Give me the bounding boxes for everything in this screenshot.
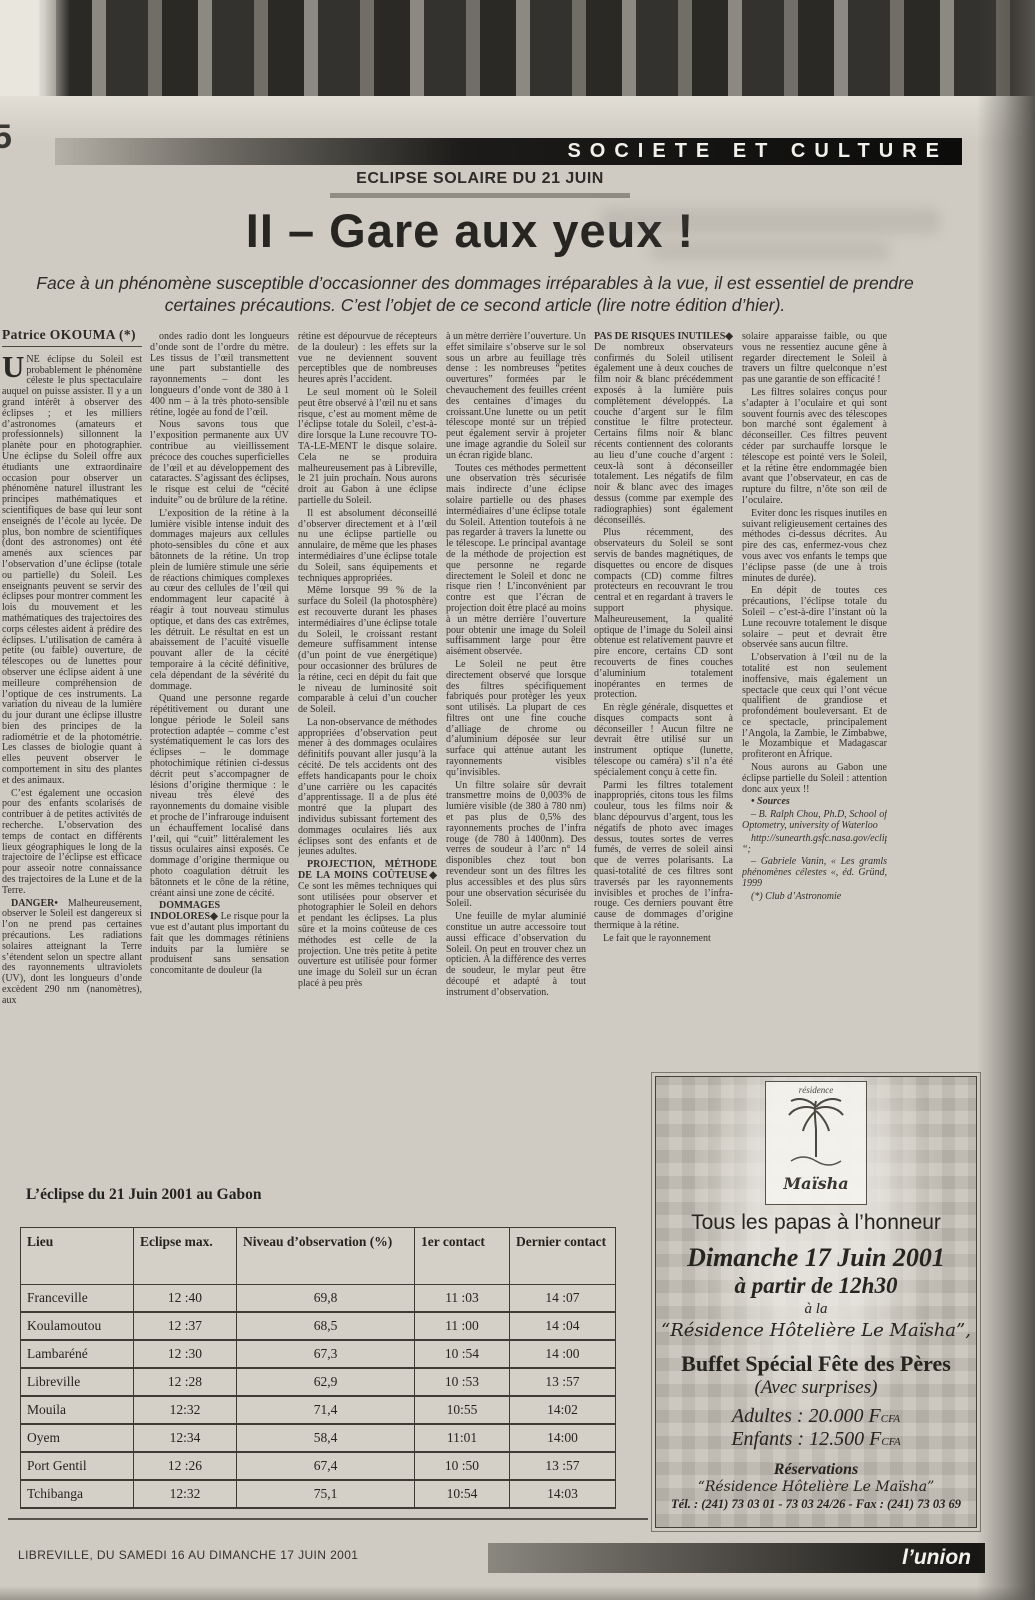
currency-unit: CFA bbox=[881, 1413, 900, 1425]
kicker: ECLIPSE SOLAIRE DU 21 JUIN bbox=[315, 170, 645, 188]
table-cell: Oyem bbox=[21, 1424, 134, 1452]
table-cell: 10:55 bbox=[415, 1396, 510, 1424]
article-paragraph: Plus récemment, des observateurs du Sole… bbox=[594, 528, 733, 701]
article-paragraph: solaire apparaisse faible, ou que vous n… bbox=[742, 332, 887, 386]
table-cell: 10 :53 bbox=[415, 1368, 510, 1396]
table-cell: 14:02 bbox=[510, 1396, 616, 1424]
table-row: Tchibanga12:3275,110:5414:03 bbox=[21, 1480, 616, 1508]
article-paragraph: Toutes ces méthodes permettent une obser… bbox=[446, 464, 586, 658]
article-paragraph: DANGER• Malheureusement, observer le Sol… bbox=[2, 899, 142, 1007]
table-cell: Tchibanga bbox=[21, 1480, 134, 1508]
article-paragraph: Une feuille de mylar aluminié constitue … bbox=[446, 912, 586, 998]
article-column-1: Patrice OKOUMA (*) UNE éclipse du Soleil… bbox=[2, 330, 142, 1142]
section-divider bbox=[8, 1518, 648, 1520]
article-paragraph: Le fait que le rayonnement bbox=[594, 934, 733, 945]
table-cell: Port Gentil bbox=[21, 1452, 134, 1480]
article-paragraph: Eviter donc les risques inutiles en suiv… bbox=[742, 509, 887, 585]
column-body: rétine est dépourvue de récepteurs de la… bbox=[298, 332, 437, 990]
article-paragraph: http://sunearth.gsfc.nasa.gov/eclipse/SE… bbox=[742, 834, 887, 856]
ad-venue-name: “Résidence Hôtelière Le Maïsha”, bbox=[656, 1320, 976, 1341]
table-cell: 11 :00 bbox=[415, 1312, 510, 1340]
table-cell: 11:01 bbox=[415, 1424, 510, 1452]
article-paragraph: L’exposition de la rétine à la lumière v… bbox=[150, 509, 289, 693]
column-body: solaire apparaisse faible, ou que vous n… bbox=[742, 332, 887, 903]
table-header-cell: Niveau d’observation (%) bbox=[237, 1228, 415, 1285]
article-column-4: à un mètre derrière l’ouverture. Un effe… bbox=[446, 332, 586, 1114]
table-cell: Mouila bbox=[21, 1396, 134, 1424]
article-paragraph: Il est absolument déconseillé d’observer… bbox=[298, 509, 437, 585]
table-cell: Libreville bbox=[21, 1368, 134, 1396]
article-column-2: ondes radio dont les longueurs d’onde so… bbox=[150, 332, 289, 1184]
table-cell: 12:32 bbox=[134, 1396, 237, 1424]
article-paragraph: – Gabriele Vanin, « Les gramls phénomène… bbox=[742, 857, 887, 889]
table-cell: 12 :26 bbox=[134, 1452, 237, 1480]
table-header-cell: 1er contact bbox=[415, 1228, 510, 1285]
ad-slogan: Tous les papas à l’honneur bbox=[656, 1211, 976, 1235]
newspaper-page: 5 SOCIETE ET CULTURE ECLIPSE SOLAIRE DU … bbox=[0, 0, 1035, 1600]
article-paragraph: C’est également une occasion pour des en… bbox=[2, 789, 142, 897]
article-paragraph: Les filtres solaires conçus pour s’adapt… bbox=[742, 388, 887, 507]
paper-top-edge bbox=[0, 96, 1035, 142]
table-cell: 12 :37 bbox=[134, 1312, 237, 1340]
article-paragraph: à un mètre derrière l’ouverture. Un effe… bbox=[446, 332, 586, 462]
table-row: Franceville12 :4069,811 :0314 :07 bbox=[21, 1285, 616, 1313]
table-cell: 12:34 bbox=[134, 1424, 237, 1452]
article-paragraph: UNE éclipse du Soleil est probablement l… bbox=[2, 355, 142, 787]
ad-at-label: à la bbox=[656, 1301, 976, 1318]
table-cell: 67,3 bbox=[237, 1340, 415, 1368]
table-cell: 12:32 bbox=[134, 1480, 237, 1508]
table-cell: 12 :28 bbox=[134, 1368, 237, 1396]
ad-venue-name-2: “Résidence Hôtelière Le Maïsha” bbox=[656, 1479, 976, 1495]
ad-time: à partir de 12h30 bbox=[656, 1273, 976, 1299]
table-cell: 10:54 bbox=[415, 1480, 510, 1508]
table-header-cell: Eclipse max. bbox=[134, 1228, 237, 1285]
table-cell: Koulamoutou bbox=[21, 1312, 134, 1340]
article-column-6: solaire apparaisse faible, ou que vous n… bbox=[742, 332, 887, 1060]
table-cell: 10 :54 bbox=[415, 1340, 510, 1368]
article-column-5: PAS DE RISQUES INUTILES◆ De nombreux obs… bbox=[594, 332, 733, 1068]
article-paragraph: Un filtre solaire sûr devrait transmettr… bbox=[446, 781, 586, 911]
footer-bar: l’union bbox=[488, 1543, 985, 1573]
ad-logo: résidence Maïsha bbox=[765, 1081, 867, 1205]
article-paragraph: Même lorsque 99 % de la surface du Solei… bbox=[298, 586, 437, 716]
article-paragraph: Nous savons tous que l’exposition perman… bbox=[150, 420, 289, 506]
table-header-row: LieuEclipse max.Niveau d’observation (%)… bbox=[21, 1228, 616, 1285]
table-cell: 75,1 bbox=[237, 1480, 415, 1508]
scan-shadow-right bbox=[977, 0, 1035, 1600]
article-paragraph: PAS DE RISQUES INUTILES◆ De nombreux obs… bbox=[594, 332, 733, 526]
table-cell: 12 :30 bbox=[134, 1340, 237, 1368]
kicker-underline bbox=[330, 193, 630, 198]
table-cell: 14:00 bbox=[510, 1424, 616, 1452]
article-paragraph: – B. Ralph Chou, Ph.D, School of Optomet… bbox=[742, 810, 887, 832]
table-row: Oyem12:3458,411:0114:00 bbox=[21, 1424, 616, 1452]
article-paragraph: Le Soleil ne peut être directement obser… bbox=[446, 660, 586, 779]
ad-logo-residence-label: résidence bbox=[768, 1085, 864, 1095]
page-number: 5 bbox=[0, 118, 12, 157]
table-cell: 13 :57 bbox=[510, 1368, 616, 1396]
table-title: L’éclipse du 21 Juin 2001 au Gabon bbox=[26, 1186, 261, 1204]
article-paragraph: Nous aurons au Gabon une éclipse partiel… bbox=[742, 763, 887, 795]
table-row: Koulamoutou12 :3768,511 :0014 :04 bbox=[21, 1312, 616, 1340]
ad-reservations-label: Réservations bbox=[656, 1461, 976, 1479]
ad-date: Dimanche 17 Juin 2001 bbox=[656, 1243, 976, 1273]
article-paragraph: Parmi les filtres totalement inapproprié… bbox=[594, 781, 733, 932]
table-cell: Franceville bbox=[21, 1285, 134, 1313]
ad-phone-fax: Tél. : (241) 73 03 01 - 73 03 24/26 - Fa… bbox=[656, 1497, 976, 1512]
article-paragraph: ondes radio dont les longueurs d’onde so… bbox=[150, 332, 289, 418]
article-column-3: rétine est dépourvue de récepteurs de la… bbox=[298, 332, 437, 1188]
table-cell: 12 :40 bbox=[134, 1285, 237, 1313]
table-row: Mouila12:3271,410:5514:02 bbox=[21, 1396, 616, 1424]
background-photo-strip bbox=[0, 0, 1035, 96]
table-cell: 62,9 bbox=[237, 1368, 415, 1396]
ad-surprise-note: (Avec surprises) bbox=[656, 1377, 976, 1399]
newspaper-brand: l’union bbox=[902, 1546, 985, 1570]
article-paragraph: • Sources bbox=[742, 797, 887, 808]
bleedthrough-smudge bbox=[650, 242, 890, 260]
ad-logo-maisha-name: Maïsha bbox=[768, 1174, 864, 1193]
table-cell: 67,4 bbox=[237, 1452, 415, 1480]
palm-tree-icon bbox=[781, 1095, 851, 1169]
table-cell: 58,4 bbox=[237, 1424, 415, 1452]
lede: Face à un phénomène susceptible d’occasi… bbox=[0, 272, 950, 316]
table-cell: 10 :50 bbox=[415, 1452, 510, 1480]
table-row: Lambaréné12 :3067,310 :5414 :00 bbox=[21, 1340, 616, 1368]
article-paragraph: En dépit de toutes ces précautions, l’éc… bbox=[742, 586, 887, 651]
table-header-cell: Lieu bbox=[21, 1228, 134, 1285]
column-body: ondes radio dont les longueurs d’onde so… bbox=[150, 332, 289, 977]
article-paragraph: Le seul moment où le Soleil peut être ob… bbox=[298, 388, 437, 507]
bleedthrough-smudge bbox=[600, 208, 940, 234]
article-paragraph: L’observation à l’œil nu de la totalité … bbox=[742, 653, 887, 761]
currency-unit: CFA bbox=[881, 1436, 900, 1448]
article-paragraph: Quand une personne regarde répétitivemen… bbox=[150, 694, 289, 899]
advertisement-maisha: résidence Maïsha Tous les papas à l’honn… bbox=[655, 1076, 977, 1528]
ad-price-children: Enfants : 12.500 FCFA bbox=[656, 1428, 976, 1451]
table-body: Franceville12 :4069,811 :0314 :07Koulamo… bbox=[21, 1285, 616, 1509]
table-row: Port Gentil12 :2667,410 :5013 :57 bbox=[21, 1452, 616, 1480]
column-body: à un mètre derrière l’ouverture. Un effe… bbox=[446, 332, 586, 999]
article-paragraph: La non-observance de méthodes appropriée… bbox=[298, 718, 437, 858]
ad-event-title: Buffet Spécial Fête des Pères bbox=[656, 1351, 976, 1377]
article-paragraph: PROJECTION, MÉTHODE DE LA MOINS COÛTEUSE… bbox=[298, 860, 437, 990]
ad-price-adults: Adultes : 20.000 FCFA bbox=[656, 1405, 976, 1428]
section-banner: SOCIETE ET CULTURE bbox=[55, 138, 962, 165]
article-paragraph: (*) Club d’Astronomie bbox=[742, 892, 887, 903]
article-paragraph: DOMMAGES INDOLORES◆ Le risque pour la vu… bbox=[150, 901, 289, 977]
table-cell: 71,4 bbox=[237, 1396, 415, 1424]
table-cell: 69,8 bbox=[237, 1285, 415, 1313]
byline: Patrice OKOUMA (*) bbox=[2, 330, 142, 347]
table-cell: 14 :07 bbox=[510, 1285, 616, 1313]
table-cell: 13 :57 bbox=[510, 1452, 616, 1480]
table-cell: 14:03 bbox=[510, 1480, 616, 1508]
column-body: UNE éclipse du Soleil est probablement l… bbox=[2, 355, 142, 1007]
edition-date-line: LIBREVILLE, DU SAMEDI 16 AU DIMANCHE 17 … bbox=[18, 1548, 358, 1562]
table-cell: Lambaréné bbox=[21, 1340, 134, 1368]
table-row: Libreville12 :2862,910 :5313 :57 bbox=[21, 1368, 616, 1396]
scan-shadow-bottom bbox=[0, 1586, 1035, 1600]
column-body: PAS DE RISQUES INUTILES◆ De nombreux obs… bbox=[594, 332, 733, 945]
table-cell: 14 :00 bbox=[510, 1340, 616, 1368]
article-paragraph: rétine est dépourvue de récepteurs de la… bbox=[298, 332, 437, 386]
table-header-cell: Dernier contact bbox=[510, 1228, 616, 1285]
eclipse-table: LieuEclipse max.Niveau d’observation (%)… bbox=[20, 1227, 616, 1509]
article-paragraph: En règle générale, disquettes et disques… bbox=[594, 703, 733, 779]
table-cell: 14 :04 bbox=[510, 1312, 616, 1340]
table-cell: 68,5 bbox=[237, 1312, 415, 1340]
table-cell: 11 :03 bbox=[415, 1285, 510, 1313]
